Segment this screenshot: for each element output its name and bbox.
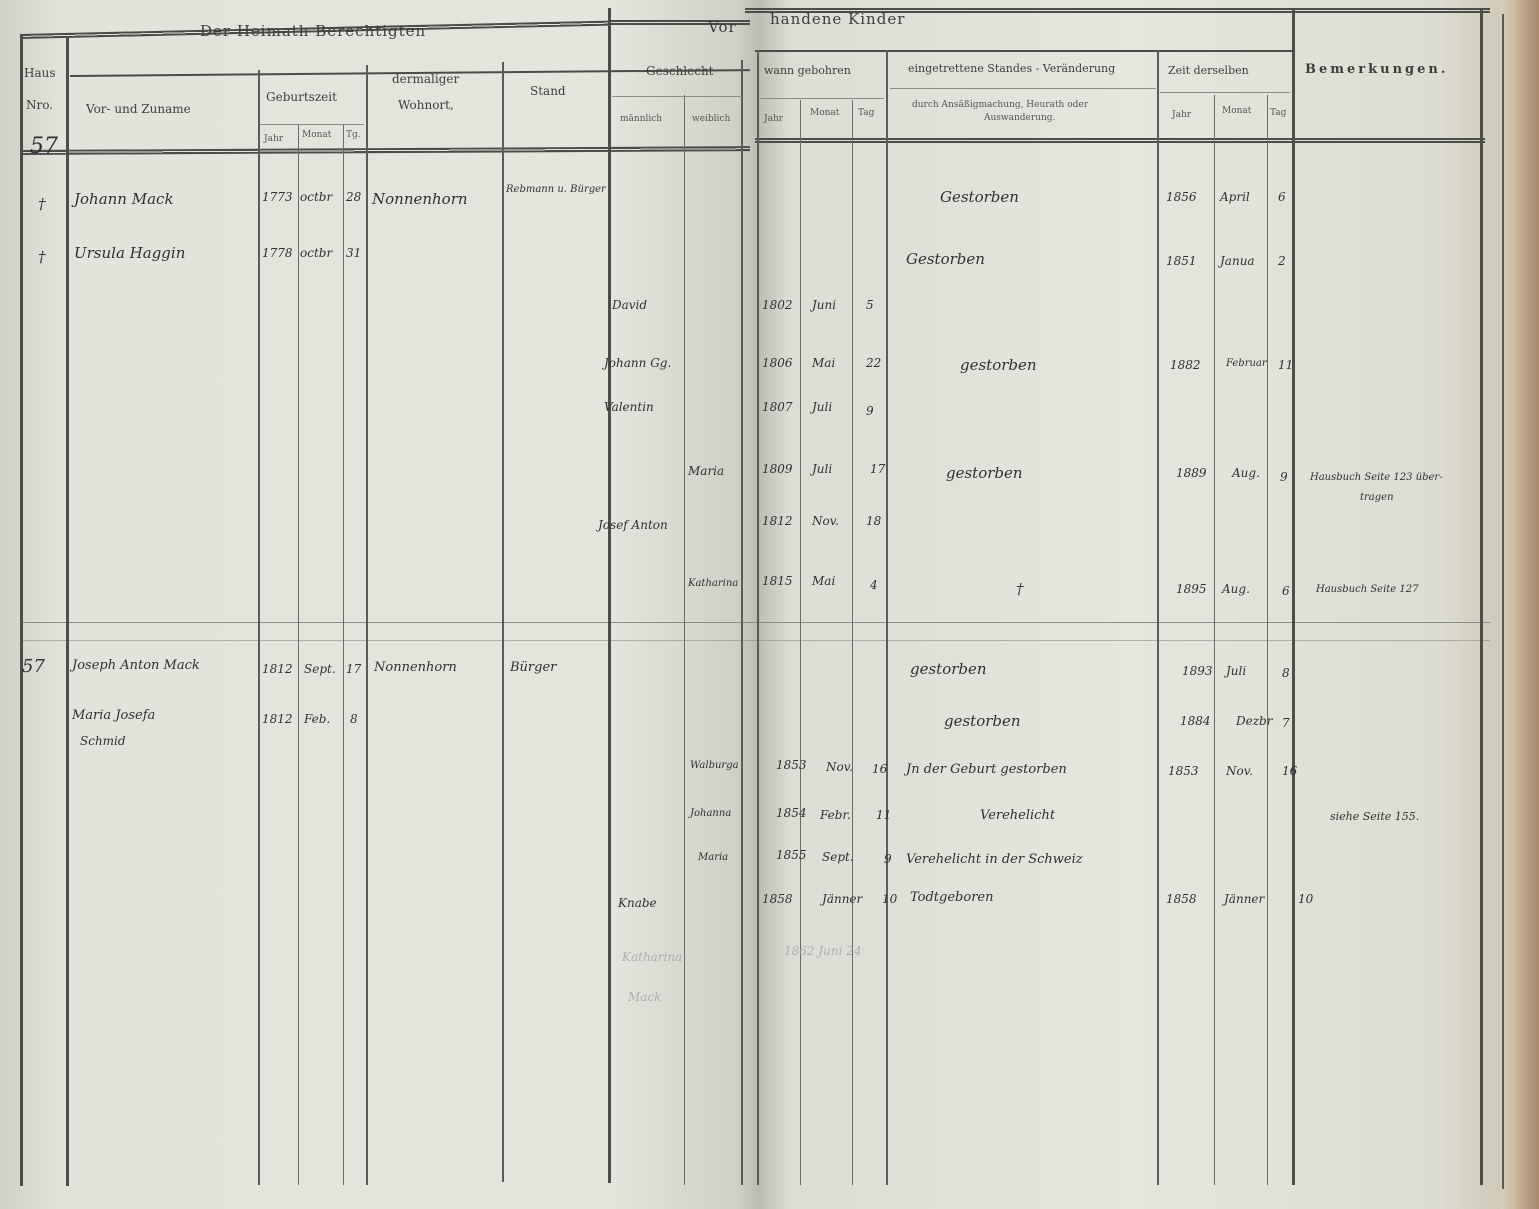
child-male-cell: David xyxy=(612,298,647,312)
child-month-cell: Jänner xyxy=(822,892,862,906)
child-day-cell: 9 xyxy=(866,404,874,418)
col-rule xyxy=(1267,95,1268,1185)
child-female-cell: Walburga xyxy=(690,760,739,771)
child-day-cell: 5 xyxy=(866,298,874,312)
child-month-cell: Juli xyxy=(812,400,832,414)
haus-label: Haus xyxy=(24,66,56,80)
child-year-cell: 1854 xyxy=(776,806,807,820)
pencil-note: Mack xyxy=(628,990,661,1004)
residence-header-1: dermaliger xyxy=(392,72,459,86)
name-cell: Maria Josefa xyxy=(72,708,155,723)
child-male-cell: Johann Gg. xyxy=(604,356,671,370)
col-rule xyxy=(366,65,368,1185)
child-male-cell: Knabe xyxy=(618,896,657,910)
residence-cell: Nonnenhorn xyxy=(372,190,468,208)
change-cell: Todtgeboren xyxy=(910,890,993,905)
pencil-note: Katharina xyxy=(622,950,682,964)
born-month-header: Monat xyxy=(810,108,839,118)
col-rule xyxy=(608,8,611,1183)
change-year-cell: 1851 xyxy=(1166,254,1197,268)
left-page xyxy=(0,0,760,1209)
change-year-cell: 1893 xyxy=(1182,664,1213,678)
pencil-note: 1862 Juni 24 xyxy=(784,944,862,958)
change-day-cell: 2 xyxy=(1278,254,1286,268)
change-month-cell: Janua xyxy=(1220,254,1255,268)
change-cell: gestorben xyxy=(946,464,1023,482)
residence-cell: Nonnenhorn xyxy=(374,660,457,675)
child-male-cell: Valentin xyxy=(604,400,654,414)
time-col-header: Zeit derselben xyxy=(1168,64,1249,77)
change-year-cell: 1853 xyxy=(1168,764,1199,778)
change-day-cell: 8 xyxy=(1282,666,1290,680)
birth-day-cell: 31 xyxy=(346,246,361,260)
col-rule xyxy=(886,50,888,1185)
right-banner-a: Vor xyxy=(708,18,737,36)
status-cell: Bürger xyxy=(510,660,556,675)
header-bottom-rule-right xyxy=(755,138,1485,143)
child-year-cell: 1807 xyxy=(762,400,793,414)
sex-female-header: weiblich xyxy=(692,114,730,124)
change-day-cell: 11 xyxy=(1278,358,1293,372)
sub-rule xyxy=(1160,92,1290,93)
born-day-header: Tag xyxy=(858,108,874,118)
change-cell: Verehelicht xyxy=(980,808,1055,823)
change-cell: Verehelicht in der Schweiz xyxy=(906,852,1083,867)
change-cell: Gestorben xyxy=(906,250,985,268)
deceased-mark: † xyxy=(38,195,46,213)
time-year-header: Jahr xyxy=(1172,110,1191,120)
child-year-cell: 1853 xyxy=(776,758,807,772)
name-col-header: Vor- und Zuname xyxy=(86,102,191,116)
child-month-cell: Mai xyxy=(812,574,835,588)
name-cell: Ursula Haggin xyxy=(74,244,185,262)
change-month-cell: Dezbr xyxy=(1236,714,1272,728)
change-month-cell: Juli xyxy=(1226,664,1246,678)
change-year-cell: 1884 xyxy=(1180,714,1211,728)
change-day-cell: 6 xyxy=(1278,190,1286,204)
col-rule xyxy=(502,62,504,1182)
col-rule xyxy=(343,125,344,1185)
time-day-header: Tag xyxy=(1270,108,1286,118)
change-month-cell: Jänner xyxy=(1224,892,1264,906)
remarks-col-header: Bemerkungen. xyxy=(1305,62,1448,77)
remark-cell: siehe Seite 155. xyxy=(1330,810,1419,823)
change-cell: gestorben xyxy=(944,712,1021,730)
birth-year-cell: 1778 xyxy=(262,246,293,260)
change-year-cell: 1882 xyxy=(1170,358,1201,372)
col-rule xyxy=(1157,50,1159,1185)
family-separator-rule xyxy=(20,622,1490,623)
col-rule xyxy=(852,100,853,1185)
child-day-cell: 22 xyxy=(866,356,881,370)
child-year-cell: 1809 xyxy=(762,462,793,476)
child-day-cell: 10 xyxy=(882,892,897,906)
child-female-cell: Johanna xyxy=(690,808,731,819)
col-rule xyxy=(1480,10,1483,1185)
name-cell: Joseph Anton Mack xyxy=(72,658,200,673)
book-edge xyxy=(1500,0,1539,1209)
birth-year-cell: 1812 xyxy=(262,662,293,676)
col-rule xyxy=(298,125,299,1185)
house-number-cell: 57 xyxy=(22,656,45,677)
sex-male-header: männlich xyxy=(620,114,662,124)
right-banner-b: handene Kinder xyxy=(770,10,905,28)
born-col-header: wann gebohren xyxy=(764,64,851,77)
change-year-cell: 1858 xyxy=(1166,892,1197,906)
change-day-cell: 9 xyxy=(1280,470,1288,484)
name-cell: Johann Mack xyxy=(74,190,174,208)
child-year-cell: 1855 xyxy=(776,848,807,862)
col-rule xyxy=(684,95,685,1185)
child-month-cell: Febr. xyxy=(820,808,851,822)
remark-cell: Hausbuch Seite 123 über- xyxy=(1310,472,1443,483)
child-year-cell: 1812 xyxy=(762,514,793,528)
child-day-cell: 4 xyxy=(870,578,878,592)
change-col-header: eingetrettene Standes - Veränderung xyxy=(908,62,1115,75)
child-month-cell: Juli xyxy=(812,462,832,476)
sub-rule-right xyxy=(755,50,1295,52)
child-year-cell: 1815 xyxy=(762,574,793,588)
change-cell: † xyxy=(1016,580,1024,598)
change-year-cell: 1895 xyxy=(1176,582,1207,596)
col-rule xyxy=(258,70,260,1185)
change-month-cell: Aug. xyxy=(1222,582,1250,596)
change-sub-header-1: durch Ansäßigmachung, Heurath oder xyxy=(912,100,1088,110)
child-year-cell: 1858 xyxy=(762,892,793,906)
name-cell-line2: Schmid xyxy=(80,734,126,748)
birth-day-header: Tg. xyxy=(346,130,361,140)
deceased-mark: † xyxy=(38,248,46,266)
col-rule xyxy=(800,100,801,1185)
change-day-cell: 16 xyxy=(1282,764,1297,778)
child-month-cell: Sept. xyxy=(822,850,854,864)
child-month-cell: Nov. xyxy=(812,514,839,528)
change-year-cell: 1889 xyxy=(1176,466,1207,480)
birth-month-header: Monat xyxy=(302,130,331,140)
col-rule xyxy=(20,36,23,1186)
sub-rule xyxy=(890,88,1156,89)
col-rule xyxy=(1502,14,1504,1189)
child-month-cell: Mai xyxy=(812,356,835,370)
change-year-cell: 1856 xyxy=(1166,190,1197,204)
col-rule xyxy=(1292,10,1295,1185)
birth-year-header: Jahr xyxy=(264,134,283,144)
child-day-cell: 17 xyxy=(870,462,885,476)
birth-month-cell: Feb. xyxy=(304,712,330,726)
birth-day-cell: 17 xyxy=(346,662,361,676)
change-cell: Jn der Geburt gestorben xyxy=(906,762,1067,777)
right-page xyxy=(760,0,1500,1209)
birth-col-header: Geburtszeit xyxy=(266,90,337,104)
status-cell: Rebmann u. Bürger xyxy=(506,184,606,196)
sex-col-header: Geschlecht xyxy=(646,64,714,78)
birth-year-cell: 1812 xyxy=(262,712,293,726)
left-banner: Der Heimath Berechtigten xyxy=(200,22,426,40)
col-rule xyxy=(66,36,69,1186)
col-rule xyxy=(741,60,743,1185)
child-male-cell: Josef Anton xyxy=(598,518,668,532)
change-month-cell: Aug. xyxy=(1232,466,1260,480)
birth-month-cell: octbr xyxy=(300,190,332,204)
change-day-cell: 10 xyxy=(1298,892,1313,906)
birth-year-cell: 1773 xyxy=(262,190,293,204)
child-day-cell: 16 xyxy=(872,762,887,776)
child-month-cell: Juni xyxy=(812,298,836,312)
sub-rule xyxy=(760,98,884,99)
status-col-header: Stand xyxy=(530,84,566,98)
house-number-header: 57 xyxy=(30,134,58,159)
birth-day-cell: 28 xyxy=(346,190,361,204)
child-year-cell: 1806 xyxy=(762,356,793,370)
change-month-cell: April xyxy=(1220,190,1250,204)
sub-rule xyxy=(260,124,364,125)
sub-rule xyxy=(612,96,742,97)
birth-day-cell: 8 xyxy=(350,712,358,726)
col-rule xyxy=(757,50,759,1185)
change-cell: Gestorben xyxy=(940,188,1019,206)
nro-label: Nro. xyxy=(26,98,53,112)
child-month-cell: Nov. xyxy=(826,760,853,774)
col-rule xyxy=(1214,95,1215,1185)
change-sub-header-2: Auswanderung. xyxy=(984,113,1055,123)
remark-cell: Hausbuch Seite 127 xyxy=(1316,584,1419,595)
time-month-header: Monat xyxy=(1222,106,1251,116)
change-day-cell: 6 xyxy=(1282,584,1290,598)
child-day-cell: 18 xyxy=(866,514,881,528)
remark-cell: tragen xyxy=(1360,492,1394,503)
birth-month-cell: Sept. xyxy=(304,662,336,676)
child-year-cell: 1802 xyxy=(762,298,793,312)
change-month-cell: Nov. xyxy=(1226,764,1253,778)
child-day-cell: 9 xyxy=(884,852,892,866)
change-cell: gestorben xyxy=(960,356,1037,374)
child-female-cell: Katharina xyxy=(688,578,738,589)
change-month-cell: Februar xyxy=(1226,358,1267,369)
change-day-cell: 7 xyxy=(1282,716,1290,730)
birth-month-cell: octbr xyxy=(300,246,332,260)
change-cell: gestorben xyxy=(910,660,987,678)
residence-header-2: Wohnort, xyxy=(398,98,454,112)
family-separator-rule-b xyxy=(20,640,1490,641)
child-day-cell: 11 xyxy=(876,808,891,822)
born-year-header: Jahr xyxy=(764,114,783,124)
child-female-cell: Maria xyxy=(688,464,724,478)
child-female-cell: Maria xyxy=(698,852,728,863)
